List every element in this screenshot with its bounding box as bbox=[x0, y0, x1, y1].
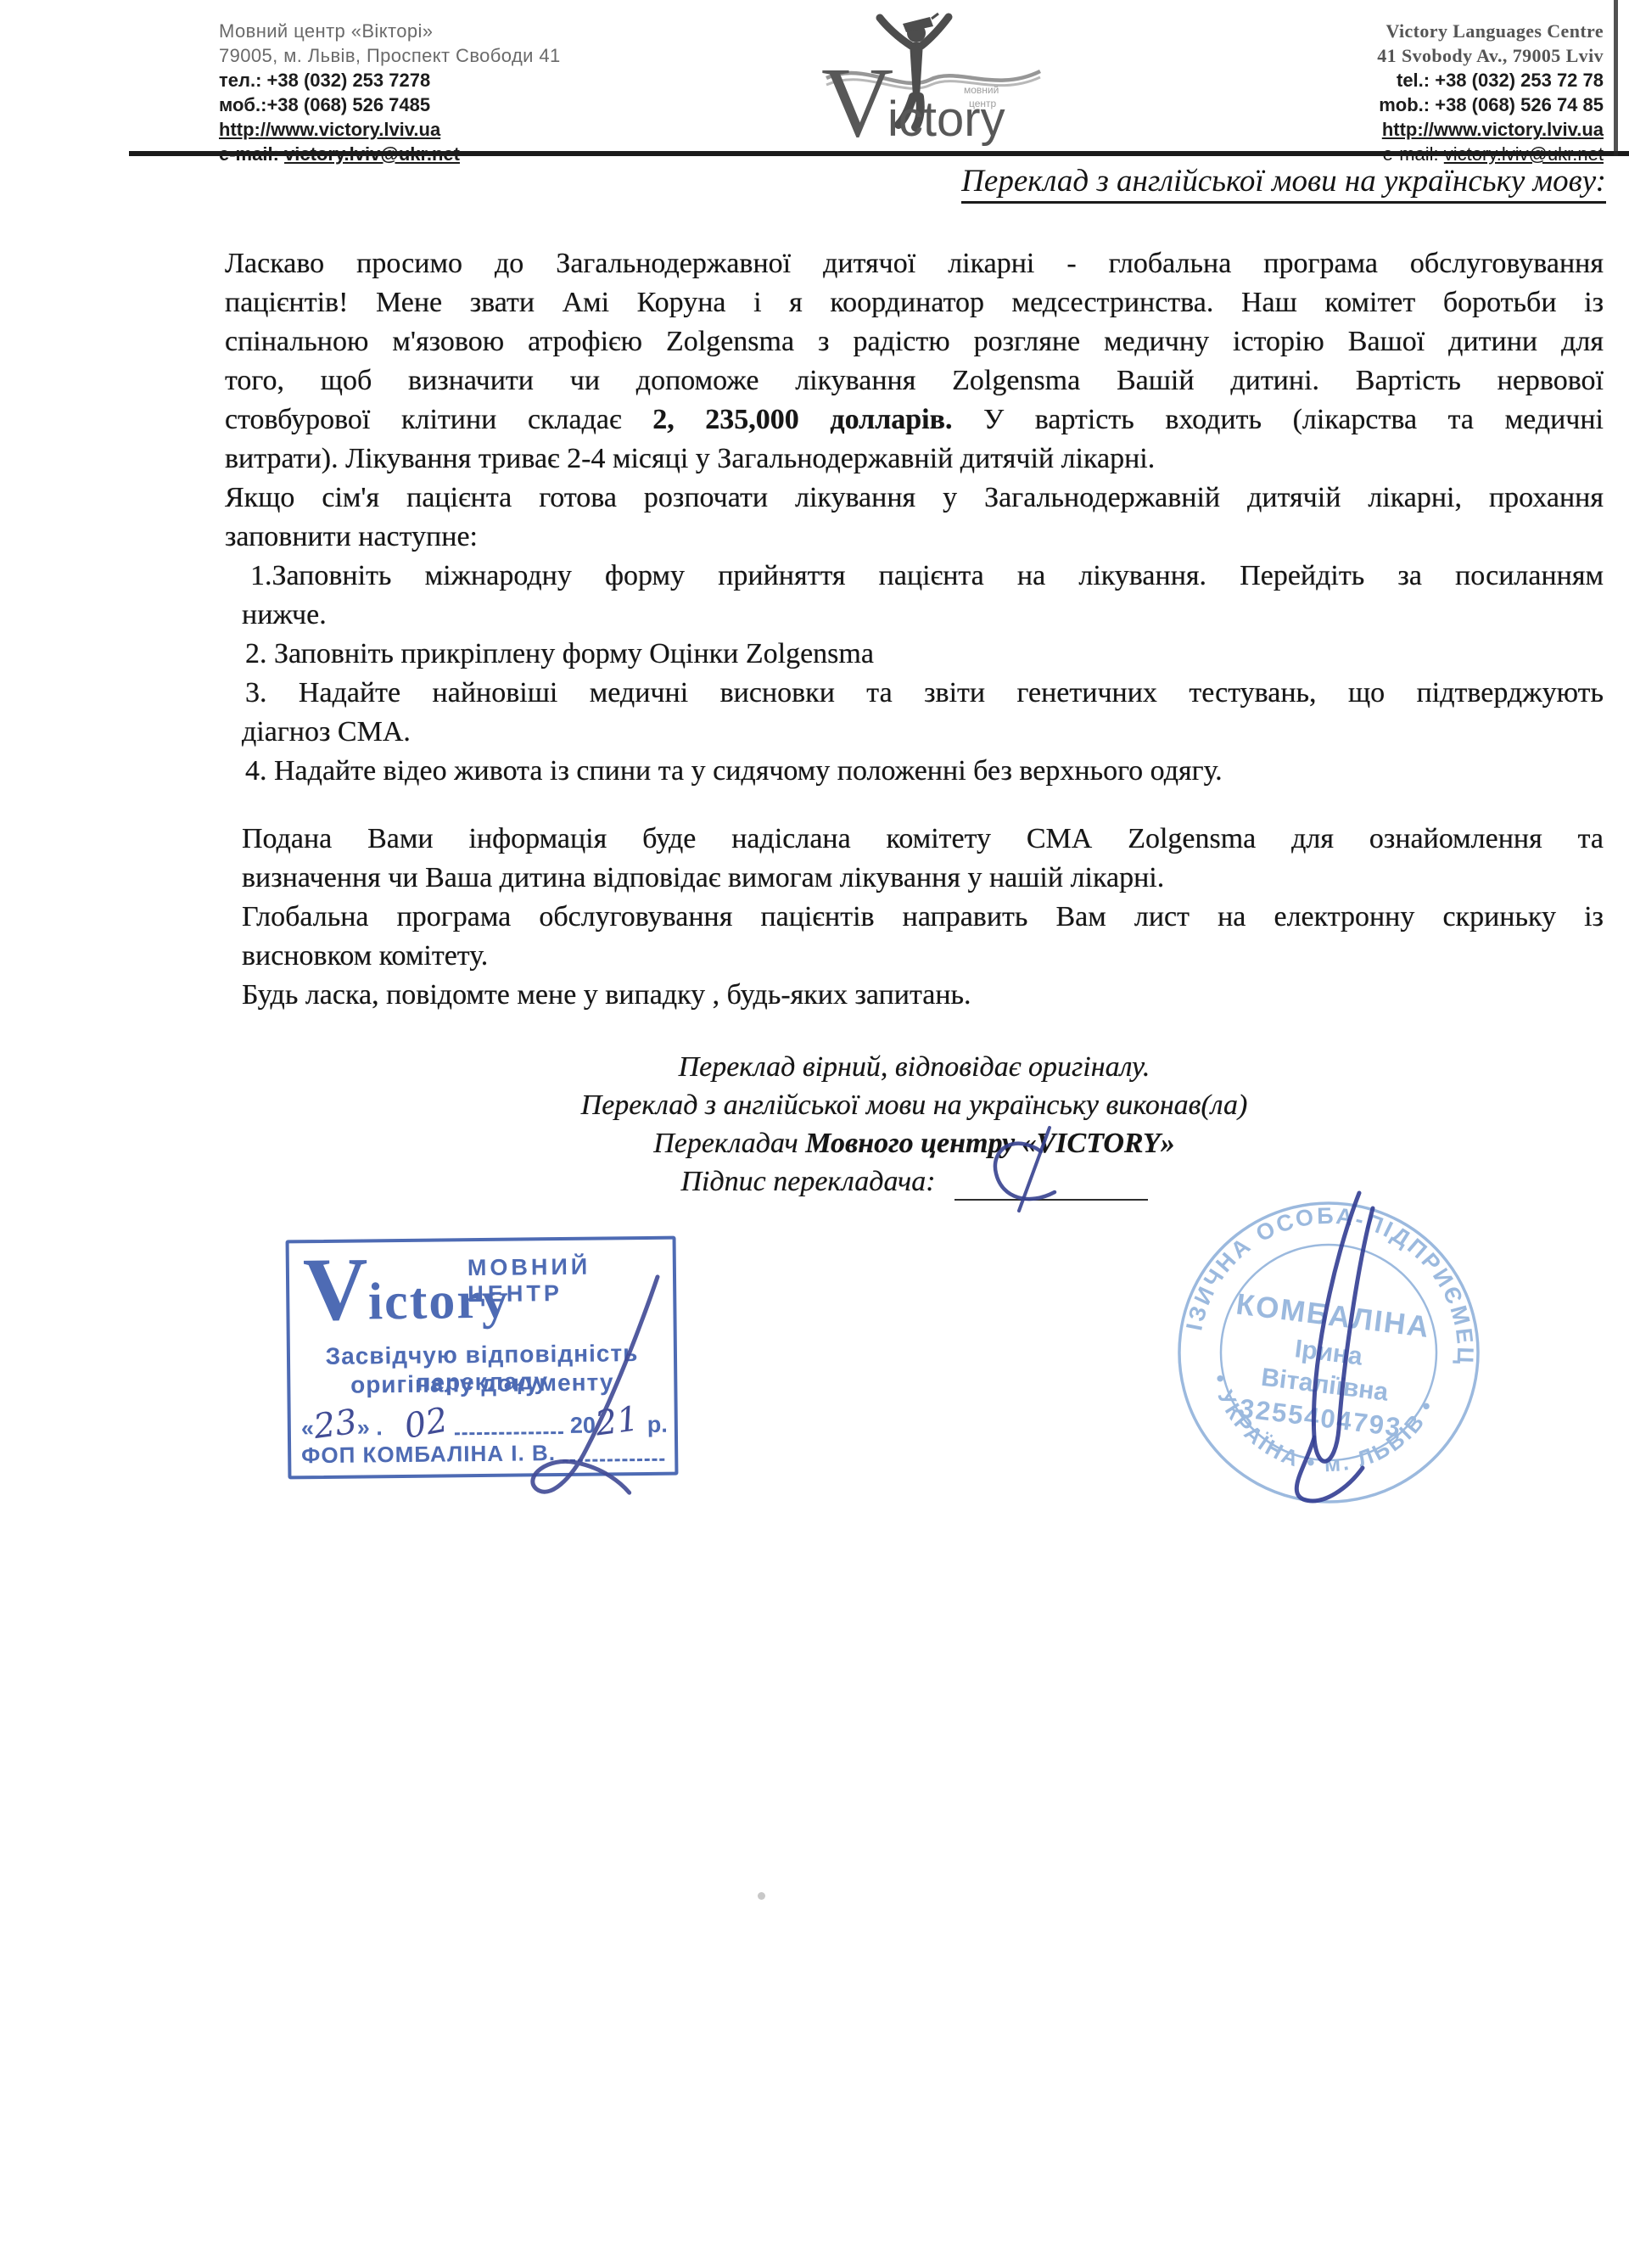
body-line: Якщо сім'я пацієнта готова розпочати лік… bbox=[225, 479, 1604, 518]
list-item-4: 4. Надайте відео живота із спини та у си… bbox=[225, 752, 1604, 791]
price-bold: 2, 235,000 долларів. bbox=[652, 404, 952, 435]
org-tel-ua: тел.: +38 (032) 253 7278 bbox=[219, 68, 561, 92]
document-body: Ласкаво просимо до Загальнодержавної дит… bbox=[225, 244, 1604, 1201]
victory-logo: V ictory мовний центр bbox=[821, 12, 1049, 148]
list-item-1-cont: нижче. bbox=[225, 596, 1604, 635]
cert-line-3: Перекладач Мовного центру «VICTORY» bbox=[225, 1124, 1604, 1162]
org-tel-en: tel.: +38 (032) 253 72 78 bbox=[1377, 68, 1604, 92]
org-name-en: Victory Languages Centre bbox=[1377, 19, 1604, 43]
body-line: спінальною м'язовою атрофією Zolgensma з… bbox=[225, 322, 1604, 361]
notary-rect-stamp: Victory МОВНИЙ ЦЕНТР Засвідчую відповідн… bbox=[286, 1236, 679, 1480]
org-address-en: 41 Svobody Av., 79005 Lviv bbox=[1377, 43, 1604, 68]
stamp-pen-signature-icon bbox=[473, 1276, 687, 1508]
org-name-ua: Мовний центр «Вікторі» bbox=[219, 19, 561, 43]
handwritten-month: 02 bbox=[402, 1403, 451, 1444]
body-line: Глобальна програма обслуговування пацієн… bbox=[225, 898, 1604, 937]
body-line: витрати). Лікування триває 2-4 місяці у … bbox=[225, 440, 1604, 479]
body-line: визначення чи Ваша дитина відповідає вим… bbox=[225, 859, 1604, 898]
logo-tagline-1: мовний bbox=[964, 84, 999, 96]
list-item-3: 3. Надайте найновіші медичні висновки та… bbox=[225, 674, 1604, 713]
scanned-translation-document: Мовний центр «Вікторі» 79005, м. Львів, … bbox=[0, 0, 1629, 2268]
translator-signature-icon bbox=[977, 1116, 1087, 1218]
org-site-ua: http://www.victory.lviv.ua bbox=[219, 117, 561, 142]
body-line: Будь ласка, повідомте мене у випадку , б… bbox=[225, 976, 1604, 1015]
scan-edge-artifact bbox=[1614, 0, 1618, 156]
body-line: заповнити наступне: bbox=[225, 518, 1604, 557]
document-title: Переклад з англійської мови на українськ… bbox=[961, 163, 1606, 199]
quote-close: » . bbox=[357, 1414, 383, 1441]
scan-speck bbox=[758, 1892, 765, 1900]
round-stamp-signature-icon bbox=[1232, 1184, 1410, 1524]
body-line: Подана Вами інформація буде надіслана ко… bbox=[225, 820, 1604, 859]
body-line: пацієнтів! Мене звати Амі Коруна і я коо… bbox=[225, 283, 1604, 322]
body-line: Ласкаво просимо до Загальнодержавної дит… bbox=[225, 244, 1604, 283]
header-right-contact-block: Victory Languages Centre 41 Svobody Av.,… bbox=[1377, 19, 1604, 166]
header-left-contact-block: Мовний центр «Вікторі» 79005, м. Львів, … bbox=[219, 19, 561, 166]
cert-line-1: Переклад вірний, відповідає оригіналу. bbox=[225, 1048, 1604, 1086]
list-item-1: 1.Заповніть міжнародну форму прийняття п… bbox=[225, 557, 1604, 596]
signature-label: Підпис перекладача: bbox=[680, 1162, 935, 1201]
body-line-price: стовбурової клітини складає 2, 235,000 д… bbox=[225, 400, 1604, 440]
header-divider-rule bbox=[129, 151, 1629, 156]
org-mob-en: mob.: +38 (068) 526 74 85 bbox=[1377, 92, 1604, 117]
org-site-en: http://www.victory.lviv.ua bbox=[1377, 117, 1604, 142]
handwritten-day: 23 bbox=[311, 1405, 359, 1444]
body-line: того, щоб визначити чи допоможе лікуванн… bbox=[225, 361, 1604, 400]
logo-letter-v: V bbox=[821, 47, 893, 148]
stamp-brand-v: V bbox=[303, 1239, 369, 1339]
signature-line bbox=[954, 1168, 1148, 1201]
list-item-2: 2. Заповніть прикріплену форму Оцінки Zo… bbox=[225, 635, 1604, 674]
org-address-ua: 79005, м. Львів, Проспект Свободи 41 bbox=[219, 43, 561, 68]
cert-line-2: Переклад з англійської мови на українськ… bbox=[225, 1086, 1604, 1124]
logo-tagline-2: центр bbox=[969, 98, 997, 109]
org-mob-ua: моб.:+38 (068) 526 7485 bbox=[219, 92, 561, 117]
list-item-3-cont: діагноз СМА. bbox=[225, 713, 1604, 752]
body-line: висновком комітету. bbox=[225, 937, 1604, 976]
quote-open: « bbox=[301, 1415, 314, 1442]
